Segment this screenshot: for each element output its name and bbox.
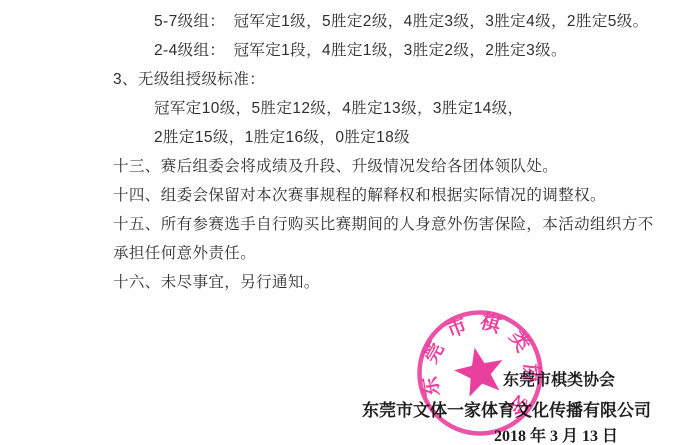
stamp-star-icon: [454, 348, 502, 397]
signature-date: 2018 年 3 月 13 日: [494, 423, 618, 445]
document-page: 5-7级组： 冠军定1级，5胜定2级，4胜定3级，3胜定4级，2胜定5级。 2-…: [0, 0, 700, 445]
body-line: 十五、所有参赛选手自行购买比赛期间的人身意外伤害保险，本活动组织方不: [113, 210, 673, 239]
signature-association: 东莞市棋类协会: [503, 367, 615, 390]
body-line: 2-4级组： 冠军定1段，4胜定1级，3胜定2级，2胜定3级。: [154, 36, 673, 65]
body-line: 承担任何意外责任。: [113, 239, 673, 268]
body-line: 十三、赛后组委会将成绩及升段、升级情况发给各团体领队处。: [113, 152, 673, 181]
signature-company: 东莞市文体一家体育文化传播有限公司: [362, 396, 651, 421]
body-line: 2胜定15级，1胜定16级，0胜定18级: [154, 123, 673, 152]
body-line: 冠军定10级，5胜定12级，4胜定13级，3胜定14级，: [154, 94, 673, 123]
body-line: 十四、组委会保留对本次赛事规程的解释权和根据实际情况的调整权。: [113, 181, 673, 210]
body-line: 3、无级组授级标准：: [113, 65, 673, 94]
body-line: 5-7级组： 冠军定1级，5胜定2级，4胜定3级，3胜定4级，2胜定5级。: [154, 7, 673, 36]
body-line: 十六、未尽事宜，另行通知。: [113, 268, 673, 297]
document-body: 5-7级组： 冠军定1级，5胜定2级，4胜定3级，3胜定4级，2胜定5级。 2-…: [113, 7, 673, 297]
